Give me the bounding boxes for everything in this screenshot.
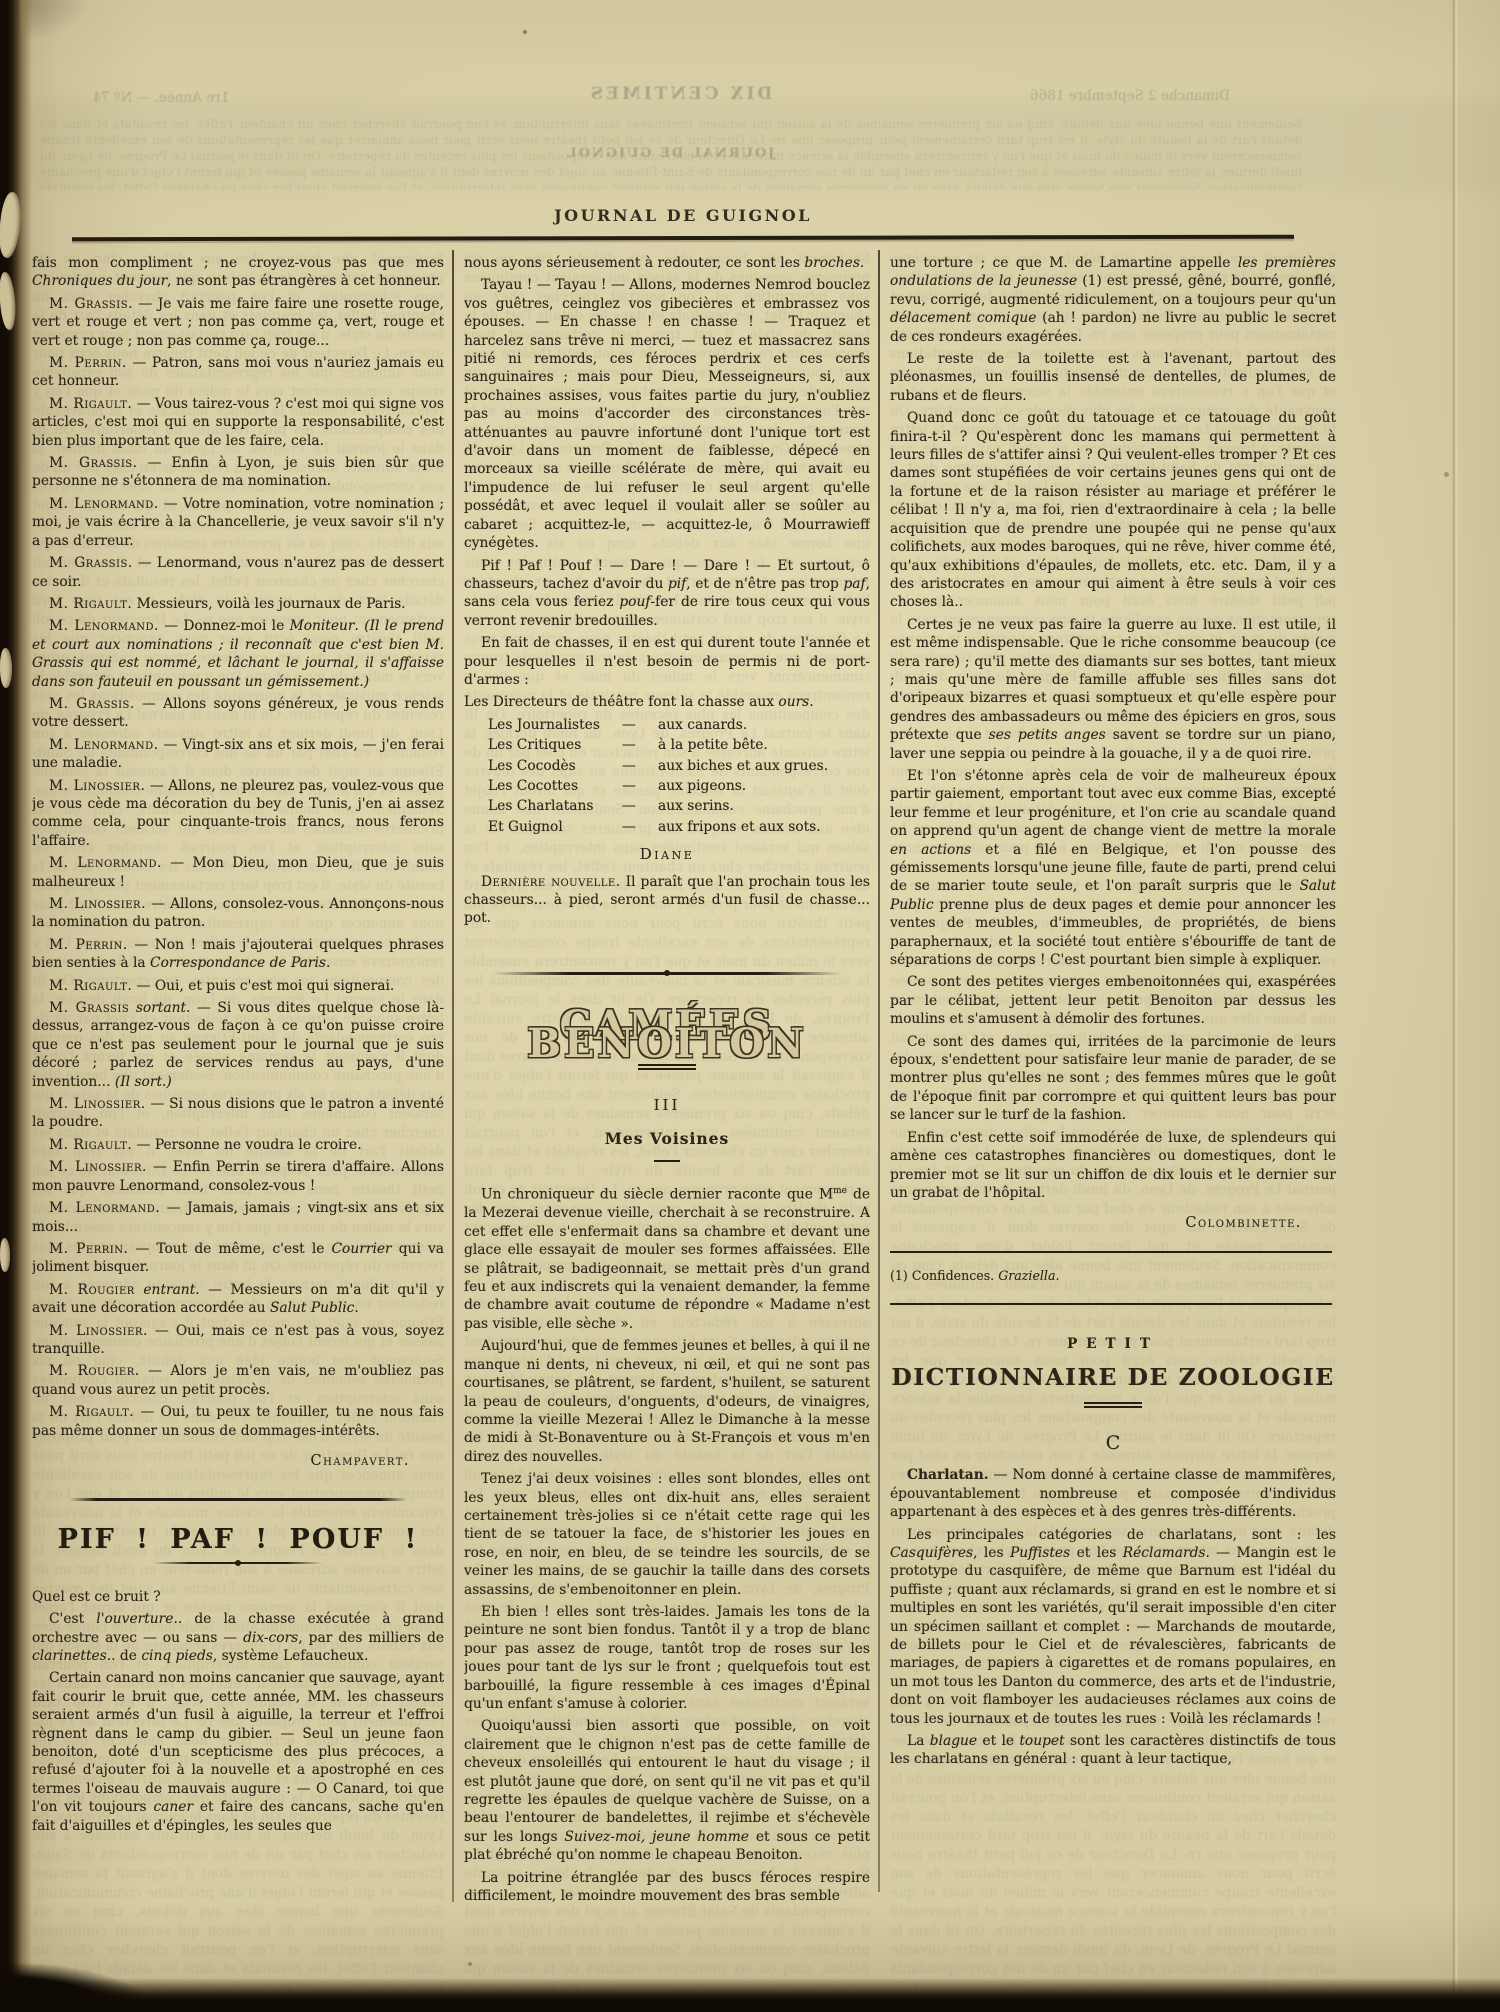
chapter-number: III bbox=[464, 1096, 870, 1114]
column-1: fais mon compliment ; ne croyez-vous pas… bbox=[32, 254, 444, 2004]
ghost-running-title: JOURNAL DE GUIGNOL bbox=[520, 146, 820, 161]
paragraph: La poitrine étranglée par des buscs féro… bbox=[464, 1869, 870, 1906]
paragraph: Tayau ! — Tayau ! — Allons, modernes Nem… bbox=[464, 276, 870, 552]
paragraph: M. Linossier. — Si nous disions que le p… bbox=[32, 1095, 444, 1132]
paragraph: Dernière nouvelle. Il paraît que l'an pr… bbox=[464, 873, 870, 928]
paragraph: M. Grassis. — Lenormand, vous n'aurez pa… bbox=[32, 554, 444, 591]
paragraph: C'est l'ouverture.. de la chasse exécuté… bbox=[32, 1610, 444, 1665]
hunt-list-row: Les Critiques—à la petite bête. bbox=[464, 736, 870, 754]
paragraph: nous ayons sérieusement à redouter, ce s… bbox=[464, 254, 870, 272]
hunt-list-row: Les Cocottes—aux pigeons. bbox=[464, 777, 870, 795]
hunt-list-row: Les Journalistes—aux canards. bbox=[464, 716, 870, 734]
headline-pif-paf-pouf: PIF ! PAF ! POUF ! bbox=[32, 1531, 444, 1549]
paragraph: M. Grassis sortant. — Si vous dites quel… bbox=[32, 999, 444, 1091]
paragraph: En fait de chasses, il en est qui durent… bbox=[464, 634, 870, 689]
paper-speck bbox=[1444, 472, 1449, 477]
paragraph: Charlatan. — Nom donné à certaine classe… bbox=[890, 1466, 1336, 1521]
paper-fragment bbox=[0, 648, 12, 688]
paragraph: M. Rigault. — Oui, tu peux te fouiller, … bbox=[32, 1403, 444, 1440]
hunt-list-row: Et Guignol—aux fripons et aux sots. bbox=[464, 818, 870, 836]
paragraph: M. Rigault. — Vous tairez-vous ? c'est m… bbox=[32, 395, 444, 450]
column-divider bbox=[452, 250, 454, 1902]
paragraph: Tenez j'ai deux voisines : elles sont bl… bbox=[464, 1470, 870, 1599]
paragraph: Eh bien ! elles sont très-laides. Jamais… bbox=[464, 1603, 870, 1713]
corner-curl-shadow bbox=[0, 1952, 260, 2012]
paragraph: Les principales catégories de charlatans… bbox=[890, 1526, 1336, 1728]
paragraph: Enfin c'est cette soif immodérée de luxe… bbox=[890, 1129, 1336, 1203]
paragraph: M. Linossier. — Enfin Perrin se tirera d… bbox=[32, 1158, 444, 1195]
paragraph: M. Lenormand. — Mon Dieu, mon Dieu, que … bbox=[32, 854, 444, 891]
paragraph: Aujourd'hui, que de femmes jeunes et bel… bbox=[464, 1337, 870, 1466]
ghost-price-text: DIX CENTIMES bbox=[555, 84, 805, 104]
fold-crease bbox=[1452, 0, 1458, 2012]
paragraph: Et l'on s'étonne après cela de voir de m… bbox=[890, 767, 1336, 969]
signature-colombinette: Colombinette. bbox=[890, 1214, 1336, 1232]
paragraph: Quel est ce bruit ? bbox=[32, 1588, 444, 1606]
paper-speck bbox=[468, 1962, 472, 1966]
paragraph: Certain canard non moins cancanier que s… bbox=[32, 1669, 444, 1835]
paragraph: M. Grassis. — Je vais me faire faire une… bbox=[32, 295, 444, 350]
paragraph: Pif ! Paf ! Pouf ! — Dare ! — Dare ! — E… bbox=[464, 557, 870, 631]
column-divider bbox=[878, 250, 880, 1892]
hunt-list-row: Les Charlatans—aux serins. bbox=[464, 797, 870, 815]
paragraph: M. Linossier. — Allons, ne pleurez pas, … bbox=[32, 777, 444, 851]
paragraph: M. Rougier. — Alors je m'en vais, ne m'o… bbox=[32, 1362, 444, 1399]
article-separator-rule bbox=[69, 1498, 407, 1501]
paragraph: M. Rougier entrant. — Messieurs on m'a d… bbox=[32, 1281, 444, 1318]
footnote: (1) Confidences. Graziella. bbox=[890, 1267, 1336, 1285]
paragraph: Un chroniqueur du siècle dernier raconte… bbox=[464, 1182, 870, 1333]
section-separator-rule bbox=[890, 1303, 1332, 1305]
headline-petit: PETIT bbox=[890, 1335, 1336, 1353]
headline-camees-benoiton: CAMÉES BENOITON bbox=[464, 1017, 870, 1054]
paragraph: Quoiqu'aussi bien assorti que possible, … bbox=[464, 1717, 870, 1864]
paper-fragment bbox=[0, 1238, 10, 1272]
paragraph: Quand donc ce goût du tatouage et ce tat… bbox=[890, 409, 1336, 611]
column-3: une torture ; ce que M. de Lamartine app… bbox=[890, 254, 1336, 2006]
paragraph: M. Lenormand. — Votre nomination, votre … bbox=[32, 495, 444, 550]
ghost-issue-number: 1re Année. — Nº 74 bbox=[46, 90, 276, 106]
paragraph: une torture ; ce que M. de Lamartine app… bbox=[890, 254, 1336, 346]
paragraph: M. Rigault. — Oui, et puis c'est moi qui… bbox=[32, 977, 444, 995]
paragraph: Certes je ne veux pas faire la guerre au… bbox=[890, 616, 1336, 763]
paragraph: Ce sont des petites vierges embenoitonné… bbox=[890, 973, 1336, 1028]
paragraph: M. Linossier. — Oui, mais ce n'est pas à… bbox=[32, 1322, 444, 1359]
dictionary-letter: C bbox=[890, 1434, 1336, 1452]
footnote-separator-rule bbox=[890, 1251, 1332, 1253]
ghost-date-text: Dimanche 2 Septembre 1866 bbox=[975, 88, 1285, 104]
paragraph: M. Lenormand. — Jamais, jamais ; vingt-s… bbox=[32, 1199, 444, 1236]
masthead-title: JOURNAL DE GUIGNOL bbox=[0, 206, 1366, 225]
paragraph: La blague et le toupet sont les caractèr… bbox=[890, 1732, 1336, 1769]
paragraph: M. Perrin. — Tout de même, c'est le Cour… bbox=[32, 1240, 444, 1277]
paragraph: M. Linossier. — Allons, consolez-vous. A… bbox=[32, 895, 444, 932]
paper-speck bbox=[523, 30, 527, 34]
headline-underline bbox=[1084, 1402, 1142, 1408]
paragraph: M. Lenormand. — Vingt-six ans et six moi… bbox=[32, 736, 444, 773]
headline-dictionnaire-de-zoologie: DICTIONNAIRE DE ZOOLOGIE bbox=[890, 1368, 1336, 1386]
paragraph: M. Rigault. Messieurs, voilà les journau… bbox=[32, 595, 444, 613]
paragraph: M. Grassis. — Enfin à Lyon, je suis bien… bbox=[32, 454, 444, 491]
chapter-title-mes-voisines: Mes Voisines bbox=[464, 1130, 870, 1148]
paragraph: fais mon compliment ; ne croyez-vous pas… bbox=[32, 254, 444, 291]
hunt-list-row: Les Cocodès—aux biches et aux grues. bbox=[464, 757, 870, 775]
paragraph: Ce sont des dames qui, irritées de la pa… bbox=[890, 1033, 1336, 1125]
signature-champavert: Champavert. bbox=[32, 1452, 444, 1470]
paragraph: M. Perrin. — Patron, sans moi vous n'aur… bbox=[32, 354, 444, 391]
paragraph: M. Perrin. — Non ! mais j'ajouterai quel… bbox=[32, 936, 444, 973]
paragraph: M. Grassis. — Allons soyons généreux, je… bbox=[32, 695, 444, 732]
paragraph: M. Rigault. — Personne ne voudra le croi… bbox=[32, 1136, 444, 1154]
column-2: nous ayons sérieusement à redouter, ce s… bbox=[464, 254, 870, 2006]
signature-diane: Diane bbox=[464, 845, 870, 863]
section-divider-ornament bbox=[492, 972, 841, 975]
paragraph: Les Directeurs de théâtre font la chasse… bbox=[464, 693, 870, 711]
newspaper-page-scan: Seulement une bonne idée aux débuts, cin… bbox=[0, 0, 1500, 2012]
paragraph: M. Lenormand. — Donnez-moi le Moniteur. … bbox=[32, 617, 444, 691]
masthead-rule bbox=[72, 235, 1294, 242]
spindle-ornament bbox=[153, 1562, 323, 1564]
dash-ornament bbox=[654, 1160, 680, 1162]
paragraph: Le reste de la toilette est à l'avenant,… bbox=[890, 350, 1336, 405]
